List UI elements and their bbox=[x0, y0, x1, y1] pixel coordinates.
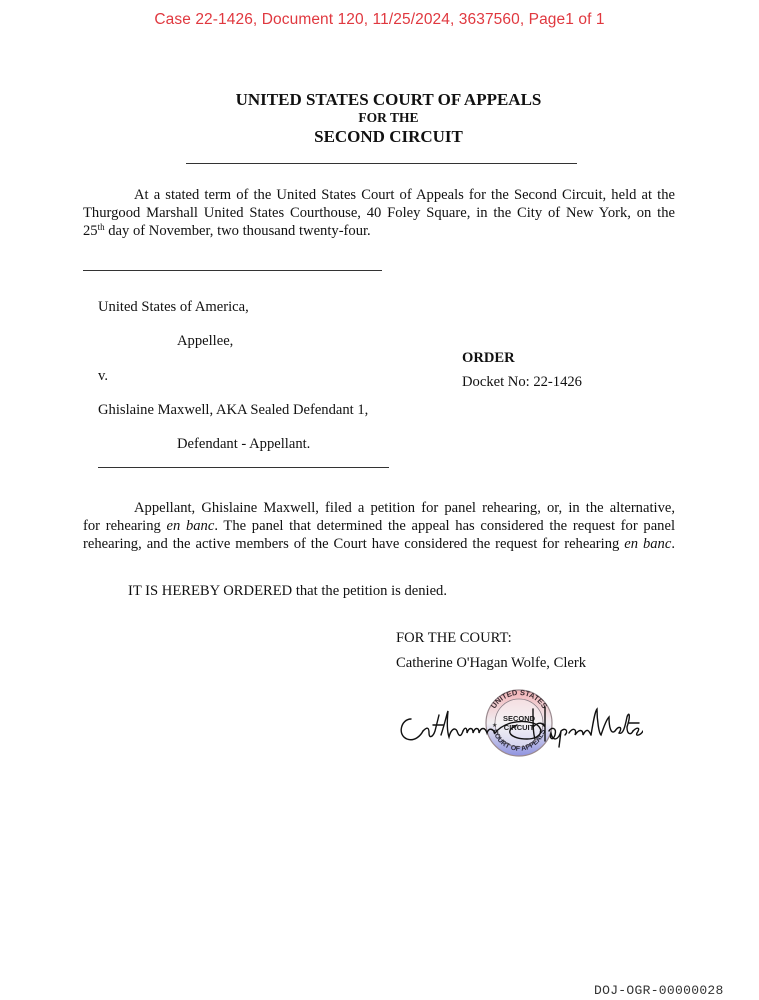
for-the-court: FOR THE COURT: bbox=[396, 630, 512, 647]
body-line-2b: . The panel that determined the appeal h… bbox=[214, 518, 675, 534]
body-line-3: rehearing, and the active members of the… bbox=[83, 535, 675, 553]
caption-top-rule bbox=[83, 270, 382, 271]
body-line-2a: for rehearing bbox=[83, 518, 167, 534]
signature-with-seal: UNITED STATES COURT OF APPEALS SECOND CI… bbox=[393, 683, 643, 763]
order-heading: ORDER bbox=[462, 350, 515, 367]
preamble-day-suffix: th bbox=[98, 222, 105, 232]
ordered-statement: IT IS HEREBY ORDERED that the petition i… bbox=[128, 583, 447, 600]
preamble-paragraph: At a stated term of the United States Co… bbox=[83, 186, 675, 240]
court-name: UNITED STATES COURT OF APPEALS bbox=[0, 90, 759, 110]
body-line-1-text: Appellant, Ghislaine Maxwell, filed a pe… bbox=[134, 500, 675, 516]
body-line-1: Appellant, Ghislaine Maxwell, filed a pe… bbox=[83, 499, 675, 517]
caption-versus: v. bbox=[98, 368, 108, 385]
preamble-line-3: 25th day of November, two thousand twent… bbox=[83, 222, 675, 240]
body-line-2: for rehearing en banc. The panel that de… bbox=[83, 517, 675, 535]
preamble-line-2: Thurgood Marshall United States Courthou… bbox=[83, 204, 675, 222]
body-line-3a: rehearing, and the active members of the… bbox=[83, 536, 624, 552]
bates-number: DOJ-OGR-00000028 bbox=[594, 983, 724, 998]
body-line-3-em: en banc bbox=[624, 536, 671, 552]
court-circuit: SECOND CIRCUIT bbox=[0, 127, 759, 147]
preamble-line-1: At a stated term of the United States Co… bbox=[83, 186, 675, 204]
order-body-paragraph: Appellant, Ghislaine Maxwell, filed a pe… bbox=[83, 499, 675, 553]
body-line-2-em: en banc bbox=[167, 518, 215, 534]
caption-bottom-rule bbox=[98, 467, 389, 468]
preamble-rest: day of November, two thousand twenty-fou… bbox=[105, 223, 371, 239]
caption-defendant-role: Defendant - Appellant. bbox=[177, 436, 310, 453]
title-divider bbox=[186, 163, 577, 164]
caption-plaintiff-role: Appellee, bbox=[177, 333, 233, 350]
court-for-the: FOR THE bbox=[0, 110, 759, 126]
preamble-day: 25 bbox=[83, 223, 98, 239]
clerk-name: Catherine O'Hagan Wolfe, Clerk bbox=[396, 655, 586, 672]
caption-defendant: Ghislaine Maxwell, AKA Sealed Defendant … bbox=[98, 402, 368, 419]
preamble-line-1-text: At a stated term of the United States Co… bbox=[134, 187, 675, 203]
body-line-3b: . bbox=[671, 536, 675, 552]
svg-text:★: ★ bbox=[492, 722, 497, 729]
case-header-stamp: Case 22-1426, Document 120, 11/25/2024, … bbox=[0, 11, 759, 29]
docket-number: Docket No: 22-1426 bbox=[462, 374, 582, 391]
caption-plaintiff: United States of America, bbox=[98, 299, 249, 316]
